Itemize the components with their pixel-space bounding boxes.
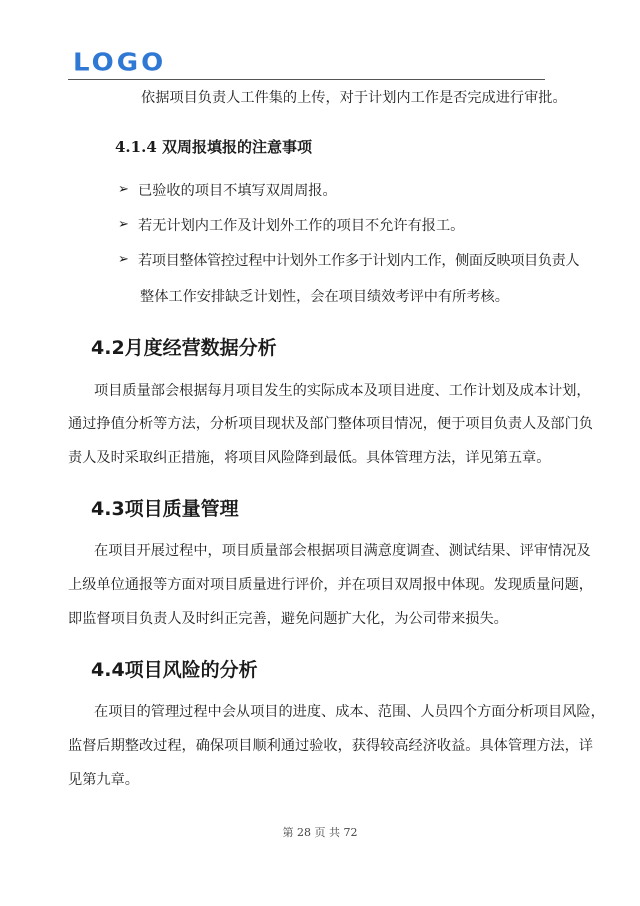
section-4-3-heading: 4.3项目质量管理 xyxy=(91,494,239,521)
bullet-arrow-icon: ➢ xyxy=(118,217,129,232)
paragraph-line: 见第九章。 xyxy=(68,770,139,790)
paragraph-line: 责人及时采取纠正措施，将项目风险降到最低。具体管理方法，详见第五章。 xyxy=(68,448,550,468)
paragraph-line: 即监督项目负责人及时纠正完善，避免问题扩大化，为公司带来损失。 xyxy=(68,609,508,629)
paragraph-line: 在项目的管理过程中会从项目的进度、成本、范围、人员四个方面分析项目风险， xyxy=(94,702,605,722)
bullet-item-continuation: 整体工作安排缺乏计划性，会在项目绩效考评中有所考核。 xyxy=(140,287,509,307)
paragraph-line: 在项目开展过程中，项目质量部会根据项目满意度调查、测试结果、评审情况及 xyxy=(94,541,591,561)
bullet-arrow-icon: ➢ xyxy=(118,252,129,267)
page-number: 第 28 页 共 72 xyxy=(0,824,640,840)
section-4-4-heading: 4.4项目风险的分析 xyxy=(91,655,258,682)
section-4-2-heading: 4.2月度经营数据分析 xyxy=(91,333,277,360)
paragraph-line: 项目质量部会根据每月项目发生的实际成本及项目进度、工作计划及成本计划， xyxy=(94,381,591,401)
bullet-item: 已验收的项目不填写双周周报。 xyxy=(138,181,337,201)
bullet-item: 若项目整体管控过程中计划外工作多于计划内工作，侧面反映项目负责人 xyxy=(138,251,579,271)
bullet-item: 若无计划内工作及计划外工作的项目不允许有报工。 xyxy=(138,216,464,236)
intro-paragraph: 依据项目负责人工件集的上传，对于计划内工作是否完成进行审批。 xyxy=(141,88,567,108)
bullet-arrow-icon: ➢ xyxy=(118,182,129,197)
paragraph-line: 监督后期整改过程，确保项目顺利通过验收，获得较高经济收益。具体管理方法，详 xyxy=(68,736,593,756)
paragraph-line: 上级单位通报等方面对项目质量进行评价，并在项目双周报中体现。发现质量问题， xyxy=(68,575,593,595)
logo: LOGO xyxy=(73,51,166,76)
section-4-1-4-heading: 4.1.4 双周报填报的注意事项 xyxy=(115,136,312,157)
header-divider xyxy=(68,79,545,80)
paragraph-line: 通过挣值分析等方法，分析项目现状及部门整体项目情况，便于项目负责人及部门负 xyxy=(68,414,593,434)
